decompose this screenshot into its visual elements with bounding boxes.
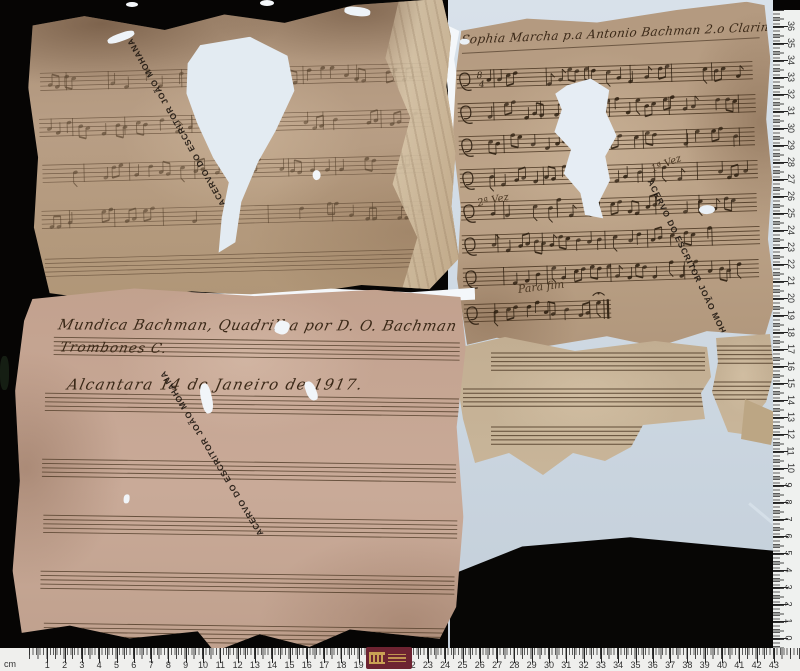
manuscript-page-bottom-left: Mundica Bachman, Quadrilha por D. O. Bac… [9,281,479,662]
ruler-number: 9 [784,482,794,487]
ruler-number: 26 [786,191,796,201]
ruler-number: 16 [786,361,796,371]
ruler-number: 28 [786,157,796,167]
manuscript-page-top-left: ACERVO DO ESCRITOR JOÃO MOHANA [24,0,462,308]
page-title-handwritten: Mundica Bachman, Quadrilha por D. O. Bac… [57,317,459,334]
ruler-number: 23 [423,660,433,670]
ruler-number: 34 [786,55,796,65]
ruler-number: 29 [527,660,537,670]
ruler-number: 8 [784,499,794,504]
music-notation-svg: 84 [447,0,782,361]
ruler-number: 2 [62,660,67,670]
ruler-number: 23 [786,242,796,252]
ruler-number: 33 [596,660,606,670]
ruler-number: 31 [786,106,796,116]
ruler-number: 17 [786,344,796,354]
ruler-number: 8 [166,660,171,670]
ruler-number: 18 [336,660,346,670]
ruler-number: 34 [613,660,623,670]
logo-text-lines [388,654,406,663]
ruler-number: 30 [786,123,796,133]
ruler-number: 30 [544,660,554,670]
ruler-number: 6 [131,660,136,670]
instrument-line-handwritten: Trombones C. [58,339,169,356]
ruler-number: 7 [149,660,154,670]
ruler-number: 0 [784,635,794,640]
ruler-number: 41 [734,660,744,670]
ruler-number: 15 [284,660,294,670]
ruler-number: 29 [786,140,796,150]
ruler-number: 26 [475,660,485,670]
ruler-number: 40 [717,660,727,670]
ruler-number: 14 [786,395,796,405]
ruler-number: 14 [267,660,277,670]
ruler-number: 32 [786,89,796,99]
ruler-number: 32 [579,660,589,670]
ruler-unit-label: cm [4,659,16,669]
ruler-number: 20 [786,293,796,303]
ruler-number: 25 [457,660,467,670]
ruler-number: 28 [509,660,519,670]
ruler-number: 10 [198,660,208,670]
ruler-number: 24 [786,225,796,235]
ruler-number: 3 [79,660,84,670]
ruler-number: 39 [700,660,710,670]
manuscript-page-right: 84 Sophia Marcha p.a Antonio Bachman 2.o… [447,0,782,361]
ruler-number: 12 [786,429,796,439]
ruler-cap [773,0,800,10]
ruler-number: 2 [784,601,794,606]
ruler-number: 11 [216,660,225,670]
ruler-number: 27 [492,660,502,670]
ruler-number: 35 [786,38,796,48]
ruler-number: 36 [648,660,658,670]
ruler-number: 22 [786,259,796,269]
ruler-number: 25 [786,208,796,218]
ruler-number: 19 [786,310,796,320]
date-line-handwritten: Alcantara 14 de Janeiro de 1917. [65,376,365,394]
ruler-number: 17 [319,660,329,670]
stain-smudge [0,356,9,390]
ruler-number: 11 [786,446,796,455]
ruler-number: 36 [786,21,796,31]
ruler-number: 13 [250,660,260,670]
svg-text:4: 4 [478,80,485,90]
ruler-number: 13 [786,412,796,422]
ruler-number: 19 [354,660,364,670]
ruler-number: 31 [561,660,571,670]
ruler-number: 4 [97,660,102,670]
ruler-number: 1 [45,660,50,670]
ruler-number: 27 [786,174,796,184]
ruler-number: 37 [665,660,675,670]
ruler-number: 12 [233,660,243,670]
ruler-number: 33 [786,72,796,82]
ruler-number: 9 [183,660,188,670]
ruler-number: 15 [786,378,796,388]
ruler-number: 4 [784,567,794,572]
ruler-number: 18 [786,327,796,337]
ruler-number: 24 [440,660,450,670]
paper-speck [126,2,138,7]
ruler-number: 7 [784,516,794,521]
ruler-number: 42 [752,660,762,670]
scanner-bed: 84 Sophia Marcha p.a Antonio Bachman 2.o… [0,0,800,671]
ruler-number: 6 [784,533,794,538]
ruler-number: 43 [769,660,779,670]
ruler-vertical: 0123456789101112131415161718192021222324… [773,0,800,648]
ruler-number: 3 [784,584,794,589]
ruler-number: 16 [302,660,312,670]
ruler-number: 1 [784,618,794,623]
ruler-number: 35 [630,660,640,670]
ruler-number: 5 [784,550,794,555]
archive-logo [366,647,412,669]
ruler-number: 10 [786,463,796,473]
building-icon [369,652,385,664]
ruler-number: 21 [786,276,796,286]
ruler-number: 38 [682,660,692,670]
music-notation-svg [9,281,479,662]
ruler-number: 5 [114,660,119,670]
paper-speck [260,0,274,6]
